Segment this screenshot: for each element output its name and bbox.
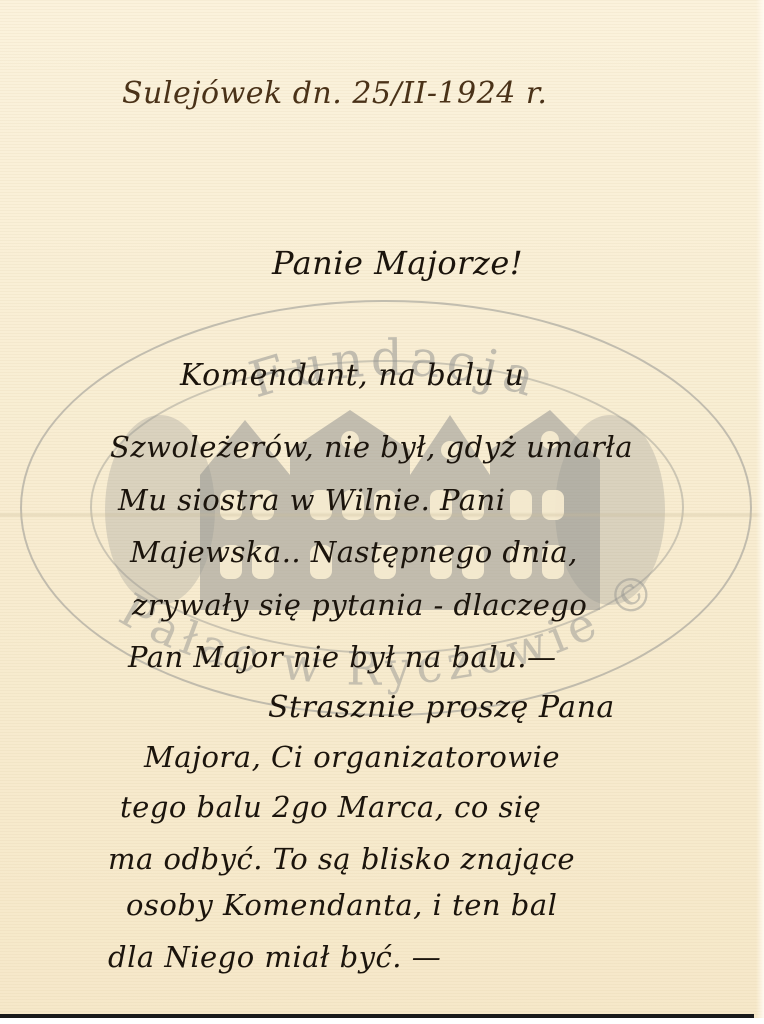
letter-line: dla Niego miał być. — xyxy=(108,940,441,974)
letter-line: ma odbyć. To są blisko znające xyxy=(108,842,575,876)
paper-right-edge xyxy=(756,0,764,1024)
letter-line: Majewska.. Następnego dnia, xyxy=(130,535,578,569)
letter-line: tego balu 2go Marca, co się xyxy=(120,790,541,824)
letter-place-date: Sulejówek dn. 25/II-1924 r. xyxy=(122,76,547,111)
letter-line: Pan Major nie był na balu.— xyxy=(128,640,557,674)
letter-line: Komendant, na balu u xyxy=(180,358,524,393)
letter-salutation: Panie Majorze! xyxy=(272,244,523,282)
watermark-bottom-text: Pałac w Ryczowie © xyxy=(111,556,671,696)
letter-line: zrywały się pytania - dlaczego xyxy=(132,588,587,622)
letter-line: Szwoleżerów, nie był, gdyż umarła xyxy=(110,430,633,464)
letter-line: Mu siostra w Wilnie. Pani xyxy=(118,483,506,517)
letter-line: Majora, Ci organizatorowie xyxy=(144,740,560,774)
letter-line: osoby Komendanta, i ten bal xyxy=(126,888,557,922)
svg-text:Pałac w Ryczowie ©: Pałac w Ryczowie © xyxy=(111,556,671,696)
letter-page: Fundacja Pałac w Ryczowie © Sulejówek dn… xyxy=(0,0,764,1024)
letter-line: Strasznie proszę Pana xyxy=(268,690,615,725)
scan-border xyxy=(0,1018,764,1024)
